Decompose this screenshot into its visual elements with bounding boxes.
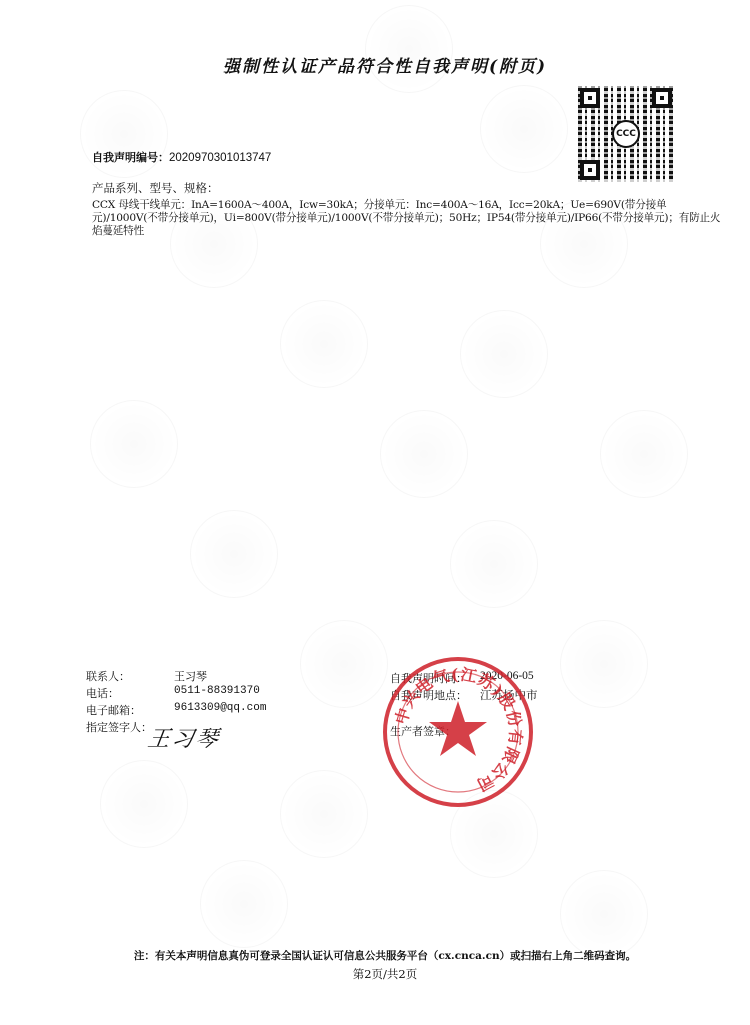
contact-name: 王习琴 — [174, 668, 207, 685]
qr-finder-bottom-left — [580, 160, 600, 180]
watermark-seal — [280, 770, 368, 858]
ccc-logo-icon: CCC — [612, 120, 640, 148]
watermark-seal — [90, 400, 178, 488]
watermark-seal — [300, 620, 388, 708]
watermark-seal — [280, 300, 368, 388]
watermark-seal — [480, 85, 568, 173]
email-value: 9613309@qq.com — [174, 702, 266, 719]
watermark-seal — [460, 310, 548, 398]
spec-label: 产品系列、型号、规格： — [92, 180, 219, 196]
declaration-number-label: 自我声明编号： — [92, 151, 169, 164]
contact-label: 联系人： — [86, 668, 174, 685]
footer-note: 注：有关本声明信息真伪可登录全国认证认可信息公共服务平台（cx.cnca.cn）… — [0, 948, 750, 963]
watermark-seal — [200, 860, 288, 948]
watermark-seal — [450, 520, 538, 608]
phone-value: 0511-88391370 — [174, 685, 260, 702]
declaration-number: 自我声明编号：2020970301013747 — [92, 149, 271, 165]
company-seal: 中兴电气(江苏)股份有限公司 — [383, 657, 533, 807]
watermark-seal — [380, 410, 468, 498]
watermark-seal — [560, 870, 648, 958]
watermark-seal — [190, 510, 278, 598]
contact-row: 电子邮箱： 9613309@qq.com — [86, 702, 266, 719]
handwritten-signature: 王习琴 — [146, 722, 222, 753]
watermark-seal — [365, 5, 453, 93]
page-number: 第2页/共2页 — [0, 966, 750, 982]
watermark-seal — [560, 620, 648, 708]
document-title: 强制性认证产品符合性自我声明(附页) — [0, 52, 750, 77]
email-label: 电子邮箱： — [86, 702, 174, 719]
contact-row: 电话： 0511-88391370 — [86, 685, 266, 702]
watermark-seal — [100, 760, 188, 848]
seal-graphic: 中兴电气(江苏)股份有限公司 — [387, 661, 529, 803]
watermark-seal — [600, 410, 688, 498]
seal-star-icon — [429, 701, 487, 756]
qr-finder-top-left — [580, 88, 600, 108]
declaration-number-value: 2020970301013747 — [169, 152, 271, 164]
phone-label: 电话： — [86, 685, 174, 702]
contact-row: 联系人： 王习琴 — [86, 668, 266, 685]
spec-text: CCX 母线干线单元：InA=1600A～400A，Icw=30kA；分接单元：… — [92, 199, 722, 238]
qr-finder-top-right — [652, 88, 672, 108]
qr-code-icon[interactable]: CCC — [578, 86, 674, 182]
